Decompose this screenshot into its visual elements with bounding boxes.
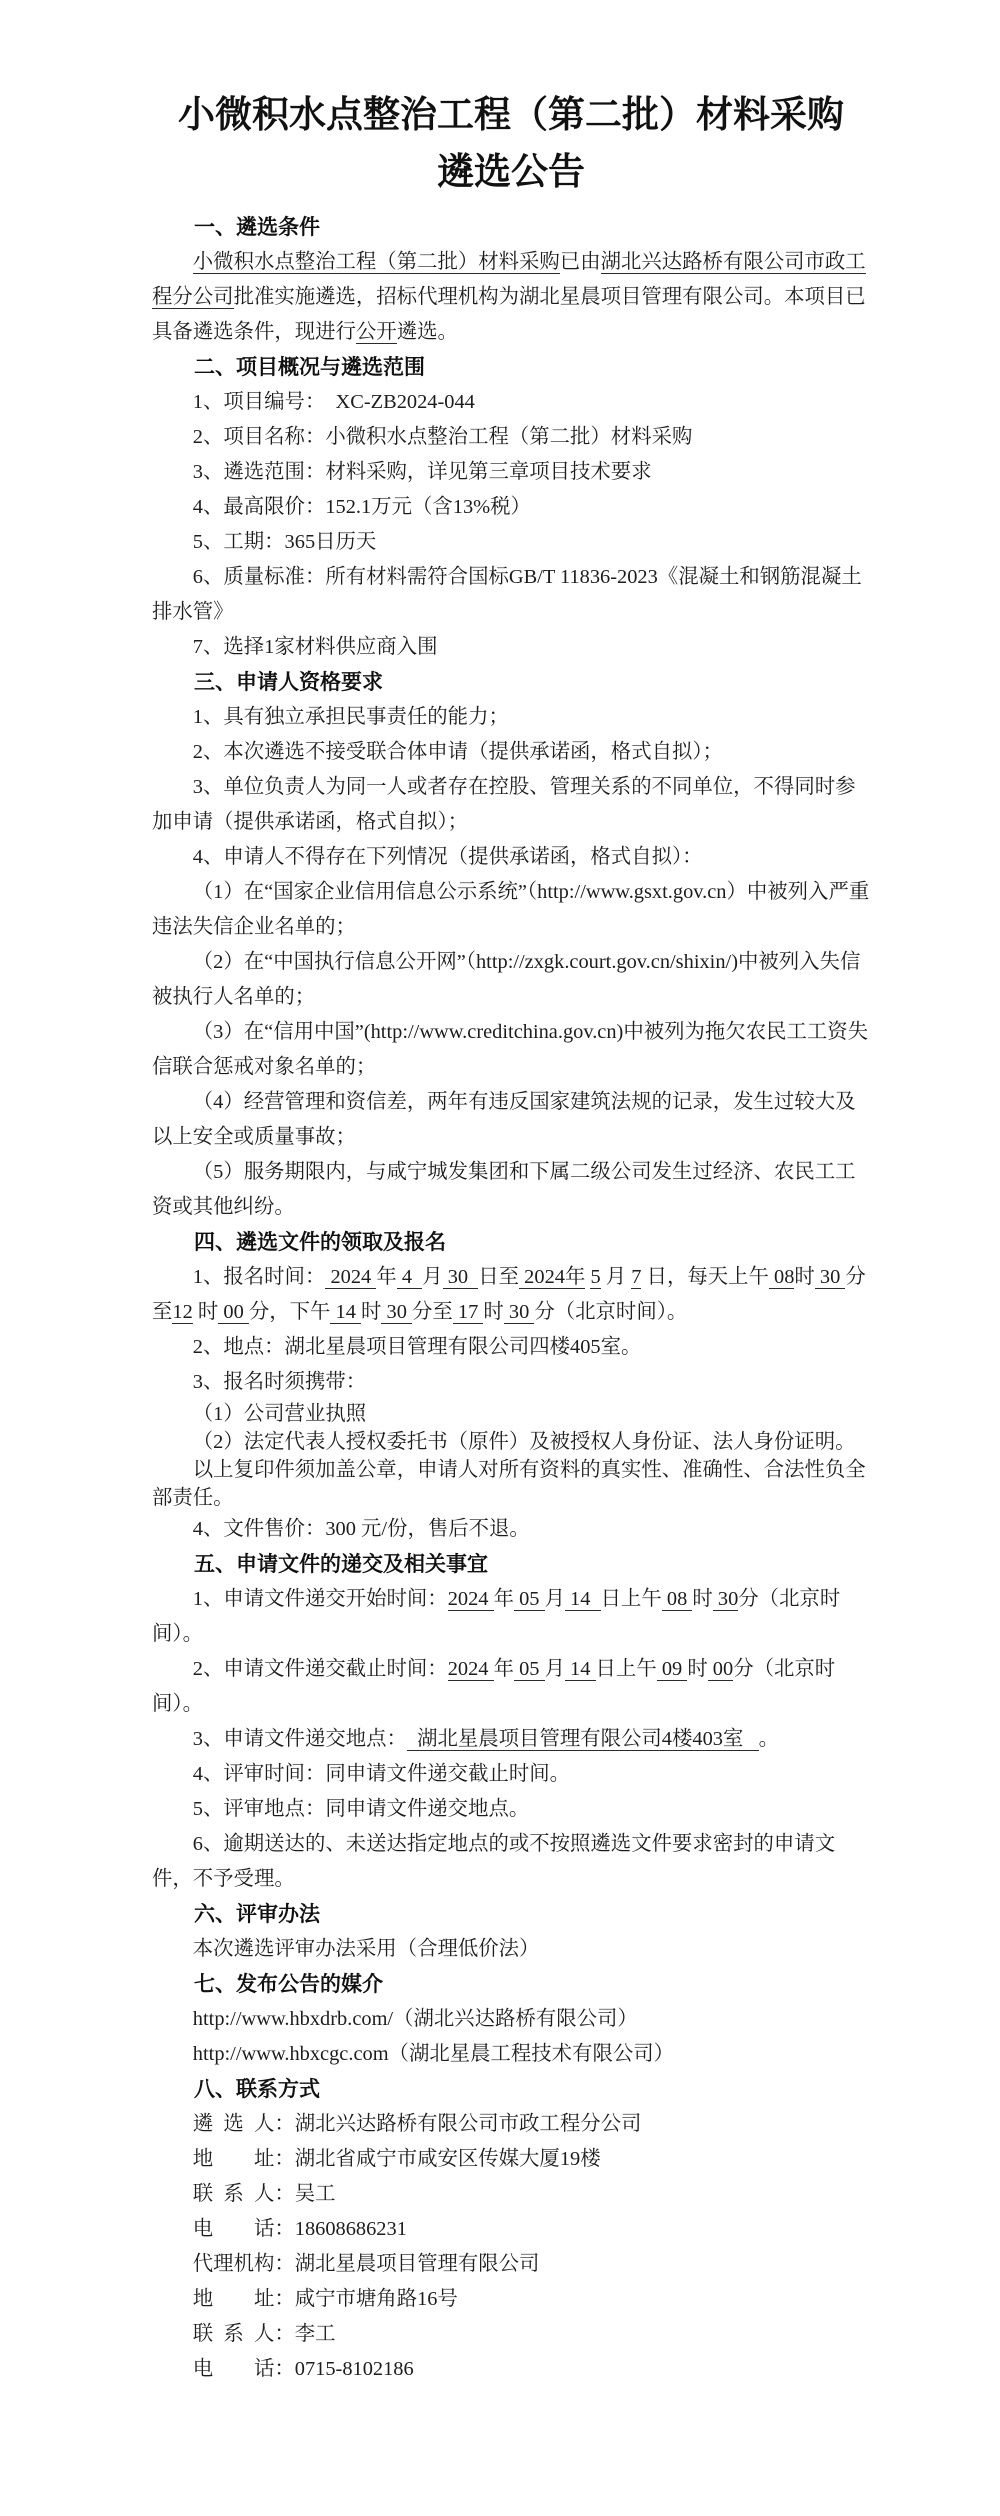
text-segment: （1）在“国家企业信用信息公示系统”（http://www.gsxt.gov.c… [152,881,869,938]
text-segment: 1、申请文件递交开始时间： [193,1588,448,1610]
text-segment: （3）在“信用中国”(http://www.creditchina.gov.cn… [152,1021,868,1078]
text-segment: 遴 选 人：湖北兴达路桥有限公司市政工程分公司 [193,2113,642,2135]
text-segment: 2、项目名称：小微积水点整治工程（第二批）材料采购 [193,426,693,448]
text-segment: 。 [759,1728,779,1750]
item-max-price: 4、最高限价：152.1万元（含13%税） [152,490,870,525]
underlined-text: 30 [381,1301,412,1324]
text-segment: 1、报名时间： [193,1266,326,1288]
item-project-number: 1、项目编号： XC-ZB2024-044 [152,385,870,420]
text-segment: 分至 [412,1301,453,1323]
item-registration-place: 2、地点：湖北星晨项目管理有限公司四楼405室。 [152,1330,870,1365]
underlined-text: 14 [565,1588,601,1611]
text-segment: http://www.hbxcgc.com（湖北星晨工程技术有限公司） [193,2043,674,2065]
text-segment: 月 [545,1658,565,1680]
text-segment: 时 [794,1266,814,1288]
text-segment: 月 [601,1266,632,1288]
document-title: 小微积水点整治工程（第二批）材料采购 遴选公告 [152,86,870,200]
item-media-url-1: http://www.hbxdrb.com/（湖北兴达路桥有限公司） [152,2002,870,2037]
text-segment: 时 [483,1301,503,1323]
text-segment: 2、地点：湖北星晨项目管理有限公司四楼405室。 [193,1336,642,1358]
underlined-text: 小微积水点整治工程（第二批）材料采购 [193,251,560,274]
text-segment: （5）服务期限内，与咸宁城发集团和下属二级公司发生过经济、农民工工资或其他纠纷。 [152,1161,856,1218]
contact-selector-person: 联 系 人：吴工 [152,2177,870,2212]
item-media-url-2: http://www.hbxcgc.com（湖北星晨工程技术有限公司） [152,2037,870,2072]
item-registration-time: 1、报名时间： 2024 年 4 月 30 日至 2024年 5 月 7 日，每… [152,1260,870,1330]
text-segment: 4、最高限价：152.1万元（含13%税） [193,496,531,518]
item-quality-standard: 6、质量标准：所有材料需符合国标GB/T 11836-2023《混凝土和钢筋混凝… [152,560,870,630]
underlined-text: 09 [657,1658,688,1681]
item-qualification-4: 4、申请人不得存在下列情况（提供承诺函，格式自拟）： [152,840,870,875]
contact-selector-address: 地 址：湖北省咸宁市咸安区传媒大厦19楼 [152,2142,870,2177]
text-segment: 电 话：0715-8102186 [193,2358,414,2380]
item-review-time: 4、评审时间：同申请文件递交截止时间。 [152,1757,870,1792]
underlined-text: 17 [453,1301,484,1324]
underlined-text: 30 [443,1266,479,1289]
text-segment: 五、申请文件的递交及相关事宜 [194,1553,488,1576]
document-body: 一、遴选条件小微积水点整治工程（第二批）材料采购已由湖北兴达路桥有限公司市政工程… [152,210,870,2387]
contact-selector: 遴 选 人：湖北兴达路桥有限公司市政工程分公司 [152,2107,870,2142]
item-bring-2: （2）法定代表人授权委托书（原件）及被授权人身份证、法人身份证明。 [152,1428,870,1456]
text-segment: 7、选择1家材料供应商入围 [193,636,438,658]
text-segment: 时 [692,1588,712,1610]
text-segment: 日，每天上午 [641,1266,768,1288]
text-segment: 二、项目概况与遴选范围 [194,356,425,379]
underlined-text: 2024 [448,1658,494,1681]
heading-review-method: 六、评审办法 [152,1897,870,1932]
para-selection-conditions: 小微积水点整治工程（第二批）材料采购已由湖北兴达路桥有限公司市政工程分公司批准实… [152,245,870,350]
item-document-price: 4、文件售价：300 元/份，售后不退。 [152,1512,870,1547]
text-segment: 4、评审时间：同申请文件递交截止时间。 [193,1763,570,1785]
text-segment: 八、联系方式 [194,2078,320,2101]
contact-agency-phone: 电 话：0715-8102186 [152,2352,870,2387]
text-segment: 三、申请人资格要求 [194,671,383,694]
text-segment: 地 址：咸宁市塘角路16号 [193,2288,458,2310]
underlined-text: 08 [662,1588,693,1611]
text-segment: 3、申请文件递交地点： [193,1728,407,1750]
heading-document-collection: 四、遴选文件的领取及报名 [152,1225,870,1260]
underlined-text: 14 [565,1658,596,1681]
text-segment: 日上午 [596,1658,657,1680]
item-submission-start: 1、申请文件递交开始时间：2024 年 05 月 14 日上午 08 时 30分… [152,1582,870,1652]
text-segment: （2）在“中国执行信息公开网”（http://zxgk.court.gov.cn… [152,951,860,1008]
underlined-text: 2024 [448,1588,494,1611]
item-selection-scope: 3、遴选范围：材料采购，详见第三章项目技术要求 [152,455,870,490]
heading-project-overview: 二、项目概况与遴选范围 [152,350,870,385]
heading-announcement-media: 七、发布公告的媒介 [152,1967,870,2002]
underlined-text: 30 [815,1266,846,1289]
text-segment: 日上午 [601,1588,662,1610]
contact-agency-person: 联 系 人：李工 [152,2317,870,2352]
item-qualification-4-5: （5）服务期限内，与咸宁城发集团和下属二级公司发生过经济、农民工工资或其他纠纷。 [152,1155,870,1225]
text-segment: 2、申请文件递交截止时间： [193,1658,448,1680]
text-segment: 分（北京时间）。 [534,1301,687,1323]
text-segment: （4）经营管理和资信差，两年有违反国家建筑法规的记录，发生过较大及以上安全或质量… [152,1091,856,1148]
underlined-text: 00 [218,1301,249,1324]
contact-agency-address: 地 址：咸宁市塘角路16号 [152,2282,870,2317]
item-review-place: 5、评审地点：同申请文件递交地点。 [152,1792,870,1827]
para-copies-stamp: 以上复印件须加盖公章，申请人对所有资料的真实性、准确性、合法性负全部责任。 [152,1456,870,1512]
text-segment: 已由 [560,251,601,273]
underlined-text: 05 [514,1658,545,1681]
underlined-text: 公开 [356,321,397,344]
item-registration-bring: 3、报名时须携带： [152,1365,870,1400]
item-supplier-count: 7、选择1家材料供应商入围 [152,630,870,665]
underlined-text: 湖北星晨项目管理有限公司4楼403室 [407,1728,759,1751]
text-segment: 电 话：18608686231 [193,2218,407,2240]
text-segment: 以上复印件须加盖公章，申请人对所有资料的真实性、准确性、合法性负全部责任。 [152,1459,866,1509]
heading-applicant-qualifications: 三、申请人资格要求 [152,665,870,700]
item-qualification-3: 3、单位负责人为同一人或者存在控股、管理关系的不同单位，不得同时参加申请（提供承… [152,770,870,840]
underlined-text: 30 [713,1588,739,1611]
text-segment: 本次遴选评审办法采用（合理低价法） [193,1938,540,1960]
text-segment: 时 [361,1301,381,1323]
underlined-text: 00 [708,1658,734,1681]
text-segment: 5、工期：365日历天 [193,531,377,553]
item-overdue: 6、逾期送达的、未送达指定地点的或不按照遴选文件要求密封的申请文件，不予受理。 [152,1827,870,1897]
heading-selection-conditions: 一、遴选条件 [152,210,870,245]
text-segment: 时 [193,1301,219,1323]
text-segment: 年 [494,1588,514,1610]
text-segment: 3、遴选范围：材料采购，详见第三章项目技术要求 [193,461,652,483]
text-segment: http://www.hbxdrb.com/（湖北兴达路桥有限公司） [193,2008,638,2030]
item-qualification-1: 1、具有独立承担民事责任的能力； [152,700,870,735]
contact-agency: 代理机构：湖北星晨项目管理有限公司 [152,2247,870,2282]
item-qualification-4-2: （2）在“中国执行信息公开网”（http://zxgk.court.gov.cn… [152,945,870,1015]
text-segment: 6、逾期送达的、未送达指定地点的或不按照遴选文件要求密封的申请文件，不予受理。 [152,1833,835,1890]
text-segment: 4、文件售价：300 元/份，售后不退。 [193,1518,530,1540]
text-segment: 1、项目编号： XC-ZB2024-044 [193,391,475,413]
text-segment: 批准实施遴选，招标代理机构为湖北星晨项目管理有限公司。本项目已具备遴选条件，现进… [152,286,866,343]
item-qualification-2: 2、本次遴选不接受联合体申请（提供承诺函，格式自拟）； [152,735,870,770]
text-segment: 日至 [478,1266,519,1288]
text-segment: 3、报名时须携带： [193,1371,366,1393]
text-segment: （1）公司营业执照 [193,1403,366,1425]
item-submission-place: 3、申请文件递交地点： 湖北星晨项目管理有限公司4楼403室 。 [152,1722,870,1757]
underlined-text: 14 [330,1301,361,1324]
text-segment: 联 系 人：吴工 [193,2183,336,2205]
heading-contact: 八、联系方式 [152,2072,870,2107]
item-bring-1: （1）公司营业执照 [152,1400,870,1428]
text-segment: 4、申请人不得存在下列情况（提供承诺函，格式自拟）： [193,846,703,868]
heading-submission: 五、申请文件的递交及相关事宜 [152,1547,870,1582]
document-title-line1: 小微积水点整治工程（第二批）材料采购 [152,86,870,143]
text-segment: 四、遴选文件的领取及报名 [194,1231,446,1254]
text-segment: 5、评审地点：同申请文件递交地点。 [193,1798,529,1820]
item-qualification-4-4: （4）经营管理和资信差，两年有违反国家建筑法规的记录，发生过较大及以上安全或质量… [152,1085,870,1155]
text-segment: 六、评审办法 [194,1903,320,1926]
underlined-text: 08 [769,1266,795,1289]
text-segment: 代理机构：湖北星晨项目管理有限公司 [193,2253,540,2275]
item-submission-deadline: 2、申请文件递交截止时间：2024 年 05 月 14 日上午 09 时 00分… [152,1652,870,1722]
text-segment: 2、本次遴选不接受联合体申请（提供承诺函，格式自拟）； [193,741,723,763]
text-segment: 联 系 人：李工 [193,2323,336,2345]
text-segment: 年 [494,1658,514,1680]
text-segment: 年 [376,1266,396,1288]
underlined-text: 7 [631,1266,641,1289]
underlined-text: 5 [590,1266,600,1289]
text-segment: 一、遴选条件 [194,216,320,239]
item-qualification-4-1: （1）在“国家企业信用信息公示系统”（http://www.gsxt.gov.c… [152,875,870,945]
text-segment: 3、单位负责人为同一人或者存在控股、管理关系的不同单位，不得同时参加申请（提供承… [152,776,856,833]
text-segment: 6、质量标准：所有材料需符合国标GB/T 11836-2023《混凝土和钢筋混凝… [152,566,862,623]
item-qualification-4-3: （3）在“信用中国”(http://www.creditchina.gov.cn… [152,1015,870,1085]
underlined-text: 05 [514,1588,545,1611]
text-segment: 1、具有独立承担民事责任的能力； [193,706,509,728]
document-title-line2: 遴选公告 [152,143,870,200]
text-segment: 月 [422,1266,442,1288]
item-project-name: 2、项目名称：小微积水点整治工程（第二批）材料采购 [152,420,870,455]
text-segment: 七、发布公告的媒介 [194,1973,383,1996]
text-segment: 时 [687,1658,707,1680]
text-segment: （2）法定代表人授权委托书（原件）及被授权人身份证、法人身份证明。 [193,1431,856,1453]
text-segment: 分，下午 [249,1301,331,1323]
text-segment: 月 [545,1588,565,1610]
underlined-text: 12 [172,1301,192,1324]
para-review-method: 本次遴选评审办法采用（合理低价法） [152,1932,870,1967]
underlined-text: 2024年 [519,1266,585,1289]
contact-selector-phone: 电 话：18608686231 [152,2212,870,2247]
underlined-text: 2024 [325,1266,376,1289]
underlined-text: 30 [504,1301,535,1324]
underlined-text: 4 [397,1266,423,1289]
text-segment: 地 址：湖北省咸宁市咸安区传媒大厦19楼 [193,2148,601,2170]
item-duration: 5、工期：365日历天 [152,525,870,560]
document-page: 小微积水点整治工程（第二批）材料采购 遴选公告 一、遴选条件小微积水点整治工程（… [0,0,1000,2516]
text-segment: 遴选。 [397,321,458,343]
